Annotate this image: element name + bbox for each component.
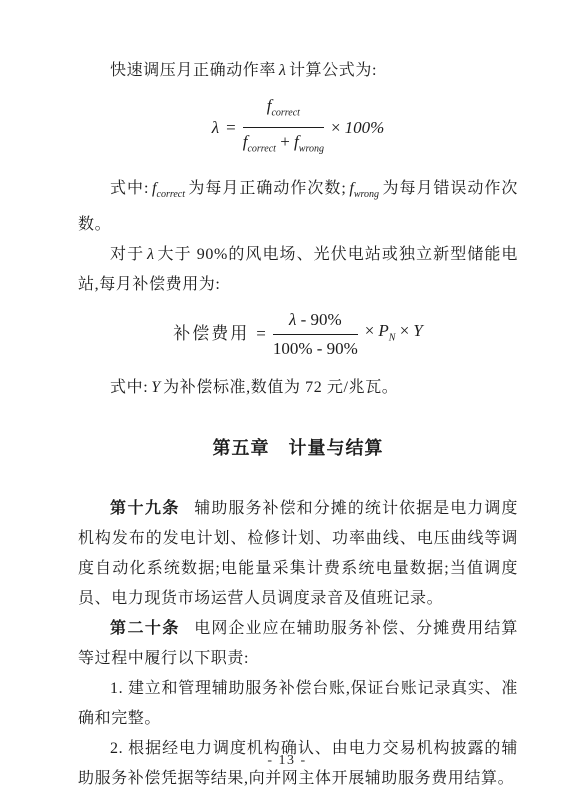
- formula-lambda: λ = fcorrect fcorrect + fwrong ×100%: [78, 95, 518, 161]
- page-number: - 13 -: [0, 753, 574, 769]
- text-segment: 式中:: [110, 379, 148, 396]
- subscript-n: N: [389, 332, 396, 343]
- times-sign: ×: [331, 118, 341, 137]
- variable-y: Y: [413, 321, 422, 340]
- plus-sign: +: [276, 132, 294, 151]
- paragraph-condition: 对于λ大于 90%的风电场、光伏电站或独立新型储能电站,每月补偿费用为:: [78, 240, 518, 300]
- lambda-symbol: λ: [279, 62, 286, 79]
- list-item-1: 1. 建立和管理辅助服务补偿台账,保证台账记录真实、准确和完整。: [78, 674, 518, 734]
- document-content: 快速调压月正确动作率λ计算公式为: λ = fcorrect fcorrect …: [78, 56, 518, 794]
- fraction: λ - 90% 100% - 90%: [273, 309, 358, 360]
- paragraph-where-1: 式中:fcorrect为每月正确动作次数;fwrong为每月错误动作次数。: [78, 174, 518, 240]
- equals-sign: =: [226, 117, 236, 139]
- fraction: fcorrect fcorrect + fwrong: [243, 95, 324, 161]
- article-19-label: 第十九条: [110, 500, 180, 517]
- paragraph-formula-intro: 快速调压月正确动作率λ计算公式为:: [78, 56, 518, 86]
- times-sign: ×: [365, 321, 375, 340]
- subscript-correct: correct: [247, 144, 276, 155]
- paragraph-article-20: 第二十条电网企业应在辅助服务补偿、分摊费用结算等过程中履行以下职责:: [78, 614, 518, 674]
- formula-lhs: λ: [212, 117, 219, 139]
- text-segment: 对于: [110, 246, 144, 263]
- formula-multiplier: ×100%: [331, 117, 384, 139]
- times-sign: ×: [400, 321, 410, 340]
- variable-y: Y: [151, 379, 160, 396]
- text-segment: 为补偿标准,数值为 72 元/兆瓦。: [163, 379, 398, 396]
- formula-compensation: 补偿费用 = λ - 90% 100% - 90% ×PN ×Y: [78, 309, 518, 360]
- formula-multiplier: ×PN ×Y: [365, 320, 423, 349]
- variable-p: P: [378, 321, 388, 340]
- numerator-rest: - 90%: [296, 310, 341, 329]
- paragraph-article-19: 第十九条辅助服务补偿和分摊的统计依据是电力调度机构发布的发电计划、检修计划、功率…: [78, 494, 518, 614]
- fraction-numerator: fcorrect: [243, 95, 324, 128]
- variable-f-correct: fcorrect: [152, 180, 185, 197]
- article-20-label: 第二十条: [110, 620, 180, 637]
- subscript-correct: correct: [271, 107, 300, 118]
- value-100-percent: 100%: [345, 118, 385, 137]
- equals-sign: =: [256, 323, 266, 345]
- chapter-heading: 第五章 计量与结算: [78, 433, 518, 463]
- fraction-numerator: λ - 90%: [273, 309, 358, 335]
- text-segment: 快速调压月正确动作率: [110, 62, 276, 79]
- text-segment: 式中:: [110, 180, 149, 197]
- fraction-denominator: 100% - 90%: [273, 335, 358, 360]
- subscript-wrong: wrong: [299, 144, 324, 155]
- document-page: 快速调压月正确动作率λ计算公式为: λ = fcorrect fcorrect …: [0, 0, 574, 811]
- variable-f-wrong: fwrong: [349, 180, 379, 197]
- text-segment: 为每月正确动作次数;: [188, 180, 346, 197]
- lambda-symbol: λ: [147, 246, 154, 263]
- formula-lhs-label: 补偿费用: [173, 323, 249, 345]
- text-segment: 计算公式为:: [289, 62, 377, 79]
- fraction-denominator: fcorrect + fwrong: [243, 128, 324, 160]
- paragraph-where-2: 式中:Y为补偿标准,数值为 72 元/兆瓦。: [78, 373, 518, 403]
